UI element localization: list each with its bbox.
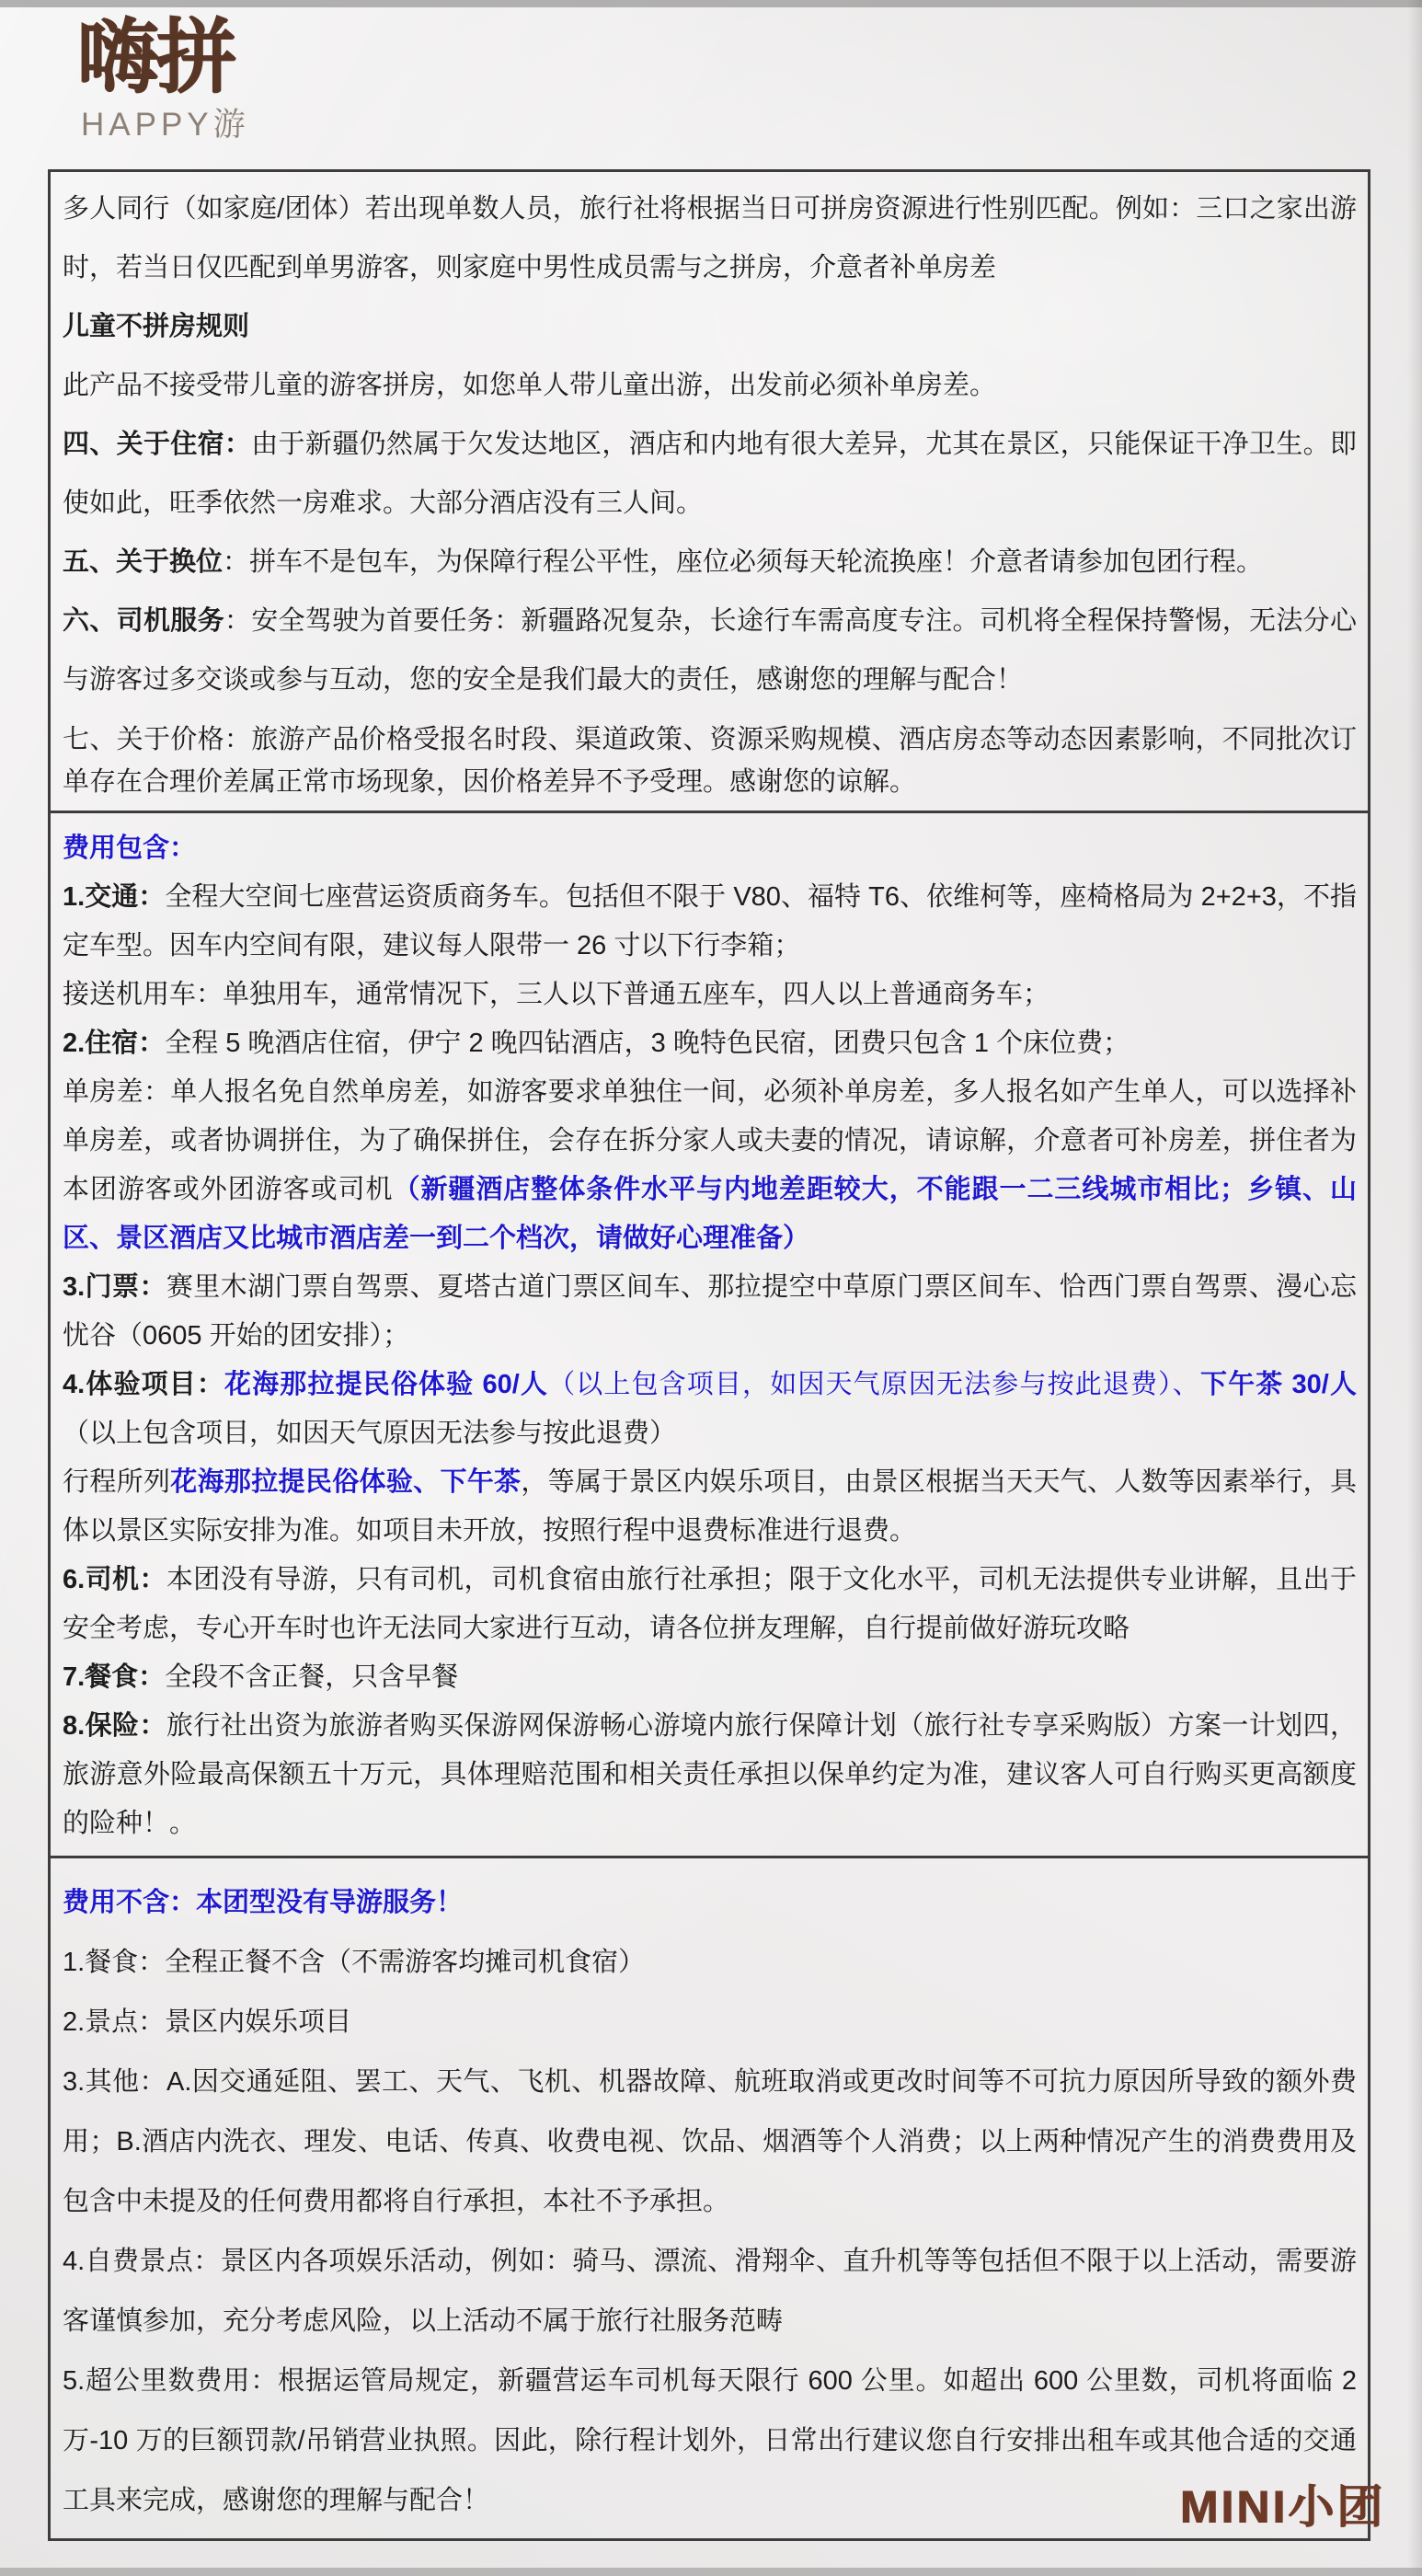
text-segment: 5.超公里数费用：根据运管局规定，新疆营运车司机每天限行 600 公里。如超出 … — [63, 2366, 1357, 2515]
brand-logo-sub: HAPPY游 — [81, 99, 250, 145]
text-segment: 行程所列 — [63, 1467, 170, 1497]
text-segment: 旅行社出资为旅游者购买保游网保游畅心游境内旅行保障计划（旅行社专享采购版）方案一… — [63, 1711, 1357, 1838]
text-segment: 六、司机服务 — [63, 606, 224, 636]
terms-document-box: 多人同行（如家庭/团体）若出现单数人员，旅行社将根据当日可拼房资源进行性别匹配。… — [48, 169, 1370, 2541]
text-segment: 五、关于换位 — [63, 547, 223, 577]
paragraph: 五、关于换位：拼车不是包车，为保障行程公平性，座位必须每天轮流换座！介意者请参加… — [63, 533, 1357, 592]
text-segment: 四、关于住宿： — [63, 430, 251, 459]
text-segment: 7.餐食： — [63, 1662, 165, 1692]
text-segment: 儿童不拼房规则 — [63, 312, 249, 341]
brand-logo-main: 嗨拼 — [77, 17, 250, 98]
paragraph: 2.住宿：全程 5 晚酒店住宿，伊宁 2 晚四钻酒店，3 晚特色民宿，团费只包含… — [63, 1019, 1357, 1068]
paragraph: 1.交通：全程大空间七座营运资质商务车。包括但不限于 V80、福特 T6、依维柯… — [63, 873, 1357, 971]
paper-bottom-edge — [0, 2568, 1422, 2576]
text-segment: 此产品不接受带儿童的游客拼房，如您单人带儿童出游，出发前必须补单房差。 — [63, 371, 996, 400]
text-segment: 费用包含： — [63, 834, 196, 863]
paragraph: 六、司机服务：安全驾驶为首要任务：新疆路况复杂，长途行车需高度专注。司机将全程保… — [63, 592, 1357, 709]
paragraph: 6.司机：本团没有导游，只有司机，司机食宿由旅行社承担；限于文化水平，司机无法提… — [63, 1556, 1357, 1653]
text-segment: 全段不含正餐，只含早餐 — [165, 1662, 458, 1692]
text-segment: 3.门票： — [63, 1272, 166, 1302]
paragraph: 此产品不接受带儿童的游客拼房，如您单人带儿童出游，出发前必须补单房差。 — [63, 356, 1357, 415]
text-segment: 6.司机： — [63, 1565, 166, 1594]
paragraph: 费用包含： — [63, 824, 1357, 873]
text-segment: 花海那拉提民俗体验、下午茶 — [170, 1467, 521, 1497]
paragraph: 多人同行（如家庭/团体）若出现单数人员，旅行社将根据当日可拼房资源进行性别匹配。… — [63, 179, 1357, 297]
section-fees-excluded: 费用不含：本团型没有导游服务！1.餐食：全程正餐不含（不需游客均摊司机食宿）2.… — [51, 1856, 1368, 2538]
paragraph: 8.保险：旅行社出资为旅游者购买保游网保游畅心游境内旅行保障计划（旅行社专享采购… — [63, 1702, 1357, 1848]
text-segment: 费用不含：本团型没有导游服务！ — [63, 1888, 463, 1917]
paragraph: 七、关于价格：旅游产品价格受报名时段、渠道政策、资源采购规模、酒店房态等动态因素… — [63, 719, 1357, 803]
text-segment: （以上包含项目，如因天气原因无法参与按此退费） — [63, 1419, 676, 1448]
paragraph: 四、关于住宿：由于新疆仍然属于欠发达地区，酒店和内地有很大差异，尤其在景区，只能… — [63, 415, 1357, 533]
text-segment: ：拼车不是包车，为保障行程公平性，座位必须每天轮流换座！介意者请参加包团行程。 — [223, 547, 1263, 577]
section-fees-included: 费用包含：1.交通：全程大空间七座营运资质商务车。包括但不限于 V80、福特 T… — [51, 811, 1368, 1856]
paragraph: 单房差：单人报名免自然单房差，如游客要求单独住一间，必须补单房差，多人报名如产生… — [63, 1068, 1357, 1263]
text-segment: 全程大空间七座营运资质商务车。包括但不限于 V80、福特 T6、依维柯等，座椅格… — [63, 882, 1357, 960]
text-segment: 赛里木湖门票自驾票、夏塔古道门票区间车、那拉提空中草原门票区间车、恰西门票自驾票… — [63, 1272, 1357, 1351]
text-segment: 接送机用车：单独用车，通常情况下，三人以下普通五座车，四人以上普通商务车； — [63, 980, 1049, 1009]
paragraph: 5.超公里数费用：根据运管局规定，新疆营运车司机每天限行 600 公里。如超出 … — [63, 2352, 1357, 2531]
paragraph: 4.体验项目：花海那拉提民俗体验 60/人（以上包含项目，如因天气原因无法参与按… — [63, 1361, 1357, 1458]
section-notes: 多人同行（如家庭/团体）若出现单数人员，旅行社将根据当日可拼房资源进行性别匹配。… — [51, 172, 1368, 811]
text-segment: 4.自费景点：景区内各项娱乐活动，例如：骑马、漂流、滑翔伞、直升机等等包括但不限… — [63, 2247, 1357, 2336]
text-segment: 多人同行（如家庭/团体）若出现单数人员，旅行社将根据当日可拼房资源进行性别匹配。… — [63, 194, 1357, 282]
paragraph: 儿童不拼房规则 — [63, 297, 1357, 356]
paragraph: 4.自费景点：景区内各项娱乐活动，例如：骑马、漂流、滑翔伞、直升机等等包括但不限… — [63, 2232, 1357, 2352]
text-segment: 由于新疆仍然属于欠发达地区，酒店和内地有很大差异，尤其在景区，只能保证干净卫生。… — [63, 430, 1357, 518]
footer-logo: MINI小团 — [1179, 2482, 1385, 2533]
brand-logo: 嗨拼 HAPPY游 — [77, 17, 250, 145]
paragraph: 行程所列花海那拉提民俗体验、下午茶，等属于景区内娱乐项目，由景区根据当天天气、人… — [63, 1458, 1357, 1556]
text-segment: 本团没有导游，只有司机，司机食宿由旅行社承担；限于文化水平，司机无法提供专业讲解… — [63, 1565, 1357, 1643]
text-segment: 1.餐食：全程正餐不含（不需游客均摊司机食宿） — [63, 1948, 645, 1977]
text-segment: 2.住宿： — [63, 1029, 165, 1058]
text-segment: 全程 5 晚酒店住宿，伊宁 2 晚四钻酒店，3 晚特色民宿，团费只包含 1 个床… — [165, 1029, 1130, 1058]
paper-top-edge — [0, 0, 1422, 7]
text-segment: 8.保险： — [63, 1711, 166, 1741]
paragraph: 3.其他：A.因交通延阻、罢工、天气、飞机、机器故障、航班取消或更改时间等不可抗… — [63, 2053, 1357, 2232]
paragraph: 2.景点：景区内娱乐项目 — [63, 1993, 1357, 2053]
text-segment: 七、关于价格：旅游产品价格受报名时段、渠道政策、资源采购规模、酒店房态等动态因素… — [63, 725, 1357, 797]
text-segment: （以上包含项目，如因天气原因无法参与按此退费）、 — [548, 1370, 1200, 1399]
paragraph: 1.餐食：全程正餐不含（不需游客均摊司机食宿） — [63, 1933, 1357, 1993]
text-segment: ：安全驾驶为首要任务：新疆路况复杂，长途行车需高度专注。司机将全程保持警惕，无法… — [63, 606, 1357, 695]
paper-right-shadow — [1407, 0, 1422, 2576]
text-segment: 花海那拉提民俗体验 60/人 — [224, 1370, 548, 1399]
paragraph: 3.门票：赛里木湖门票自驾票、夏塔古道门票区间车、那拉提空中草原门票区间车、恰西… — [63, 1263, 1357, 1361]
text-segment: 3.其他：A.因交通延阻、罢工、天气、飞机、机器故障、航班取消或更改时间等不可抗… — [63, 2067, 1357, 2216]
text-segment: 4.体验项目： — [63, 1370, 224, 1399]
text-segment: 1.交通： — [63, 882, 165, 912]
paragraph: 接送机用车：单独用车，通常情况下，三人以下普通五座车，四人以上普通商务车； — [63, 971, 1357, 1019]
text-segment: 2.景点：景区内娱乐项目 — [63, 2007, 351, 2037]
paragraph: 费用不含：本团型没有导游服务！ — [63, 1873, 1357, 1933]
text-segment: 下午茶 30/人 — [1200, 1370, 1357, 1399]
paragraph: 7.餐食：全段不含正餐，只含早餐 — [63, 1653, 1357, 1702]
